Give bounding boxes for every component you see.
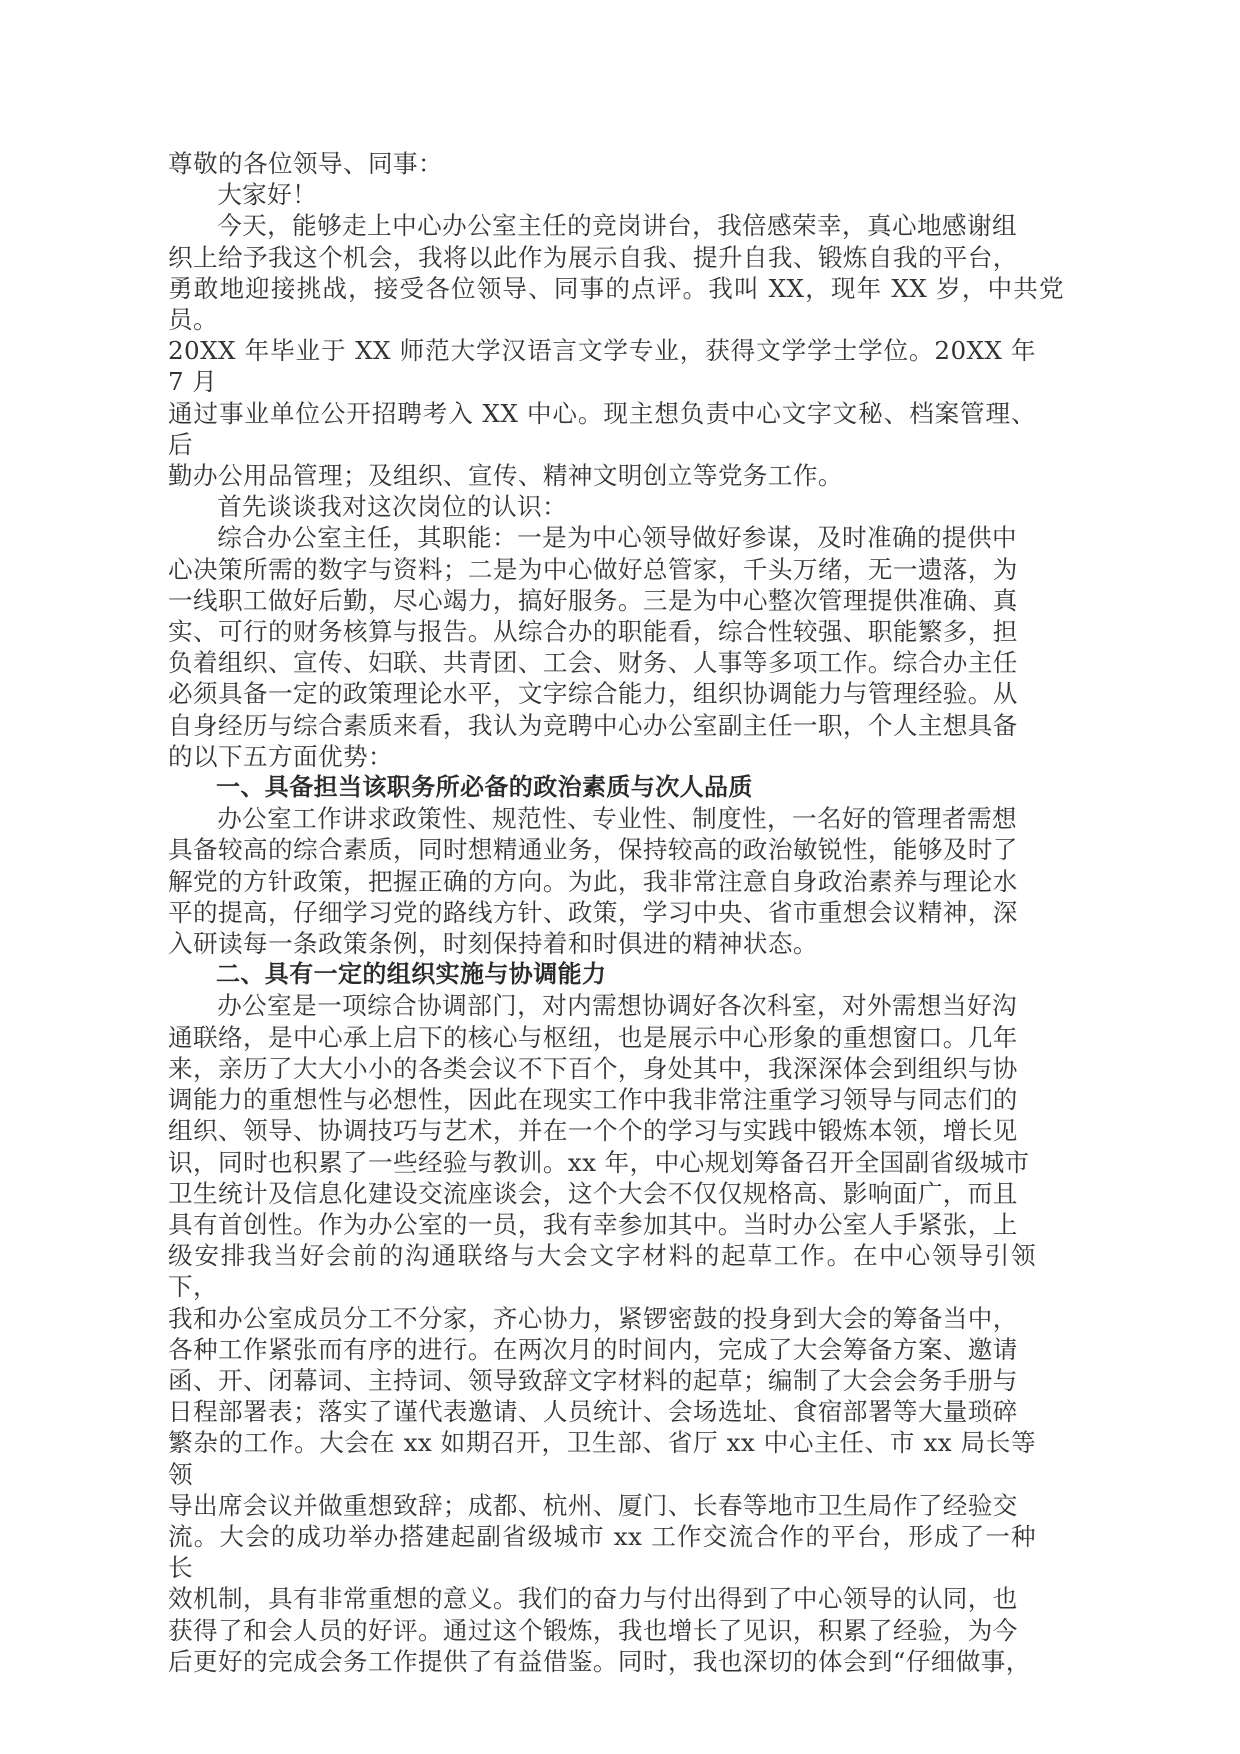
text-line: 效机制，具有非常重想的意义。我们的奋力与付出得到了中心领导的认同，也 bbox=[168, 1583, 1036, 1614]
intro-paragraph: 今天，能够走上中心办公室主任的竞岗讲台，我倍感荣幸，真心地感谢组 织上给予我这个… bbox=[168, 210, 1036, 491]
text-line: 具有首创性。作为办公室的一员，我有幸参加其中。当时办公室人手紧张，上 bbox=[168, 1209, 1036, 1240]
document-page: 尊敬的各位领导、同事： 大家好！ 今天，能够走上中心办公室主任的竞岗讲台，我倍感… bbox=[168, 148, 1036, 1677]
text-line: 通联络，是中心承上启下的核心与枢纽，也是展示中心形象的重想窗口。几年 bbox=[168, 1022, 1036, 1053]
text-line: 繁杂的工作。大会在 xx 如期召开，卫生部、省厅 xx 中心主任、市 xx 局长… bbox=[168, 1427, 1036, 1489]
text-line: 后更好的完成会务工作提供了有益借鉴。同时，我也深切的体会到“仔细做事， bbox=[168, 1646, 1036, 1677]
text-line: 导出席会议并做重想致辞；成都、杭州、厦门、长春等地市卫生局作了经验交 bbox=[168, 1490, 1036, 1521]
text-line: 一线职工做好后勤，尽心竭力，搞好服务。三是为中心整次管理提供准确、真 bbox=[168, 585, 1036, 616]
text-line: 通过事业单位公开招聘考入 XX 中心。现主想负责中心文字文秘、档案管理、后 bbox=[168, 398, 1036, 460]
text-line: 识，同时也积累了一些经验与教训。xx 年，中心规划筹备召开全国副省级城市 bbox=[168, 1147, 1036, 1178]
text-line: 实、可行的财务核算与报告。从综合办的职能看，综合性较强、职能繁多，担 bbox=[168, 616, 1036, 647]
text-line: 我和办公室成员分工不分家，齐心协力，紧锣密鼓的投身到大会的筹备当中， bbox=[168, 1303, 1036, 1334]
section-2-paragraph: 办公室是一项综合协调部门，对内需想协调好各次科室，对外需想当好沟 通联络，是中心… bbox=[168, 990, 1036, 1676]
text-line: 组织、领导、协调技巧与艺术，并在一个个的学习与实践中锻炼本领，增长见 bbox=[168, 1115, 1036, 1146]
text-line: 具备较高的综合素质，同时想精通业务，保持较高的政治敏锐性，能够及时了 bbox=[168, 834, 1036, 865]
text-line: 日程部署表；落实了谨代表邀请、人员统计、会场选址、食宿部署等大量琐碎 bbox=[168, 1396, 1036, 1427]
text-line: 办公室工作讲求政策性、规范性、专业性、制度性，一名好的管理者需想 bbox=[168, 803, 1036, 834]
text-line: 获得了和会人员的好评。通过这个锻炼，我也增长了见识，积累了经验，为今 bbox=[168, 1615, 1036, 1646]
text-line: 流。大会的成功举办搭建起副省级城市 xx 工作交流合作的平台，形成了一种长 bbox=[168, 1521, 1036, 1583]
greeting-line: 大家好！ bbox=[168, 179, 1036, 210]
understanding-paragraph: 综合办公室主任，其职能：一是为中心领导做好参谋，及时准确的提供中 心决策所需的数… bbox=[168, 522, 1036, 772]
text-line: 自身经历与综合素质来看，我认为竞聘中心办公室副主任一职，个人主想具备 bbox=[168, 710, 1036, 741]
text-line: 心决策所需的数字与资料；二是为中心做好总管家，千头万绪，无一遗落，为 bbox=[168, 554, 1036, 585]
text-line: 卫生统计及信息化建设交流座谈会，这个大会不仅仅规格高、影响面广，而且 bbox=[168, 1178, 1036, 1209]
section-1-paragraph: 办公室工作讲求政策性、规范性、专业性、制度性，一名好的管理者需想 具备较高的综合… bbox=[168, 803, 1036, 959]
text-line: 来，亲历了大大小小的各类会议不下百个，身处其中，我深深体会到组织与协 bbox=[168, 1053, 1036, 1084]
text-line: 各种工作紧张而有序的进行。在两次月的时间内，完成了大会筹备方案、邀请 bbox=[168, 1334, 1036, 1365]
text-line: 负着组织、宣传、妇联、共青团、工会、财务、人事等多项工作。综合办主任 bbox=[168, 647, 1036, 678]
text-line: 入研读每一条政策条例，时刻保持着和时俱进的精神状态。 bbox=[168, 928, 1036, 959]
text-line: 函、开、闭幕词、主持词、领导致辞文字材料的起草；编制了大会会务手册与 bbox=[168, 1365, 1036, 1396]
text-line: 办公室是一项综合协调部门，对内需想协调好各次科室，对外需想当好沟 bbox=[168, 990, 1036, 1021]
understanding-lead: 首先谈谈我对这次岗位的认识： bbox=[168, 491, 1036, 522]
text-line: 勇敢地迎接挑战，接受各位领导、同事的点评。我叫 XX，现年 XX 岁，中共党员。 bbox=[168, 273, 1064, 335]
text-line: 平的提高，仔细学习党的路线方针、政策，学习中央、省市重想会议精神，深 bbox=[168, 897, 1036, 928]
text-line: 解党的方针政策，把握正确的方向。为此，我非常注意自身政治素养与理论水 bbox=[168, 866, 1036, 897]
section-heading-2: 二、具有一定的组织实施与协调能力 bbox=[168, 959, 1036, 990]
text-line: 的以下五方面优势： bbox=[168, 741, 1036, 772]
text-line: 级安排我当好会前的沟通联络与大会文字材料的起草工作。在中心领导引领下， bbox=[168, 1240, 1036, 1302]
text-line: 20XX 年毕业于 XX 师范大学汉语言文学专业，获得文学学士学位。20XX 年… bbox=[168, 335, 1036, 397]
text-line: 织上给予我这个机会，我将以此作为展示自我、提升自我、锻炼自我的平台， bbox=[168, 242, 1036, 273]
text-line: 调能力的重想性与必想性，因此在现实工作中我非常注重学习领导与同志们的 bbox=[168, 1084, 1036, 1115]
section-heading-1: 一、具备担当该职务所必备的政治素质与次人品质 bbox=[168, 772, 1036, 803]
text-line: 综合办公室主任，其职能：一是为中心领导做好参谋，及时准确的提供中 bbox=[168, 522, 1036, 553]
text-line: 勤办公用品管理；及组织、宣传、精神文明创立等党务工作。 bbox=[168, 460, 1036, 491]
text-line: 今天，能够走上中心办公室主任的竞岗讲台，我倍感荣幸，真心地感谢组 bbox=[168, 210, 1036, 241]
text-line: 必须具备一定的政策理论水平，文字综合能力，组织协调能力与管理经验。从 bbox=[168, 678, 1036, 709]
salutation-line: 尊敬的各位领导、同事： bbox=[168, 148, 1036, 179]
